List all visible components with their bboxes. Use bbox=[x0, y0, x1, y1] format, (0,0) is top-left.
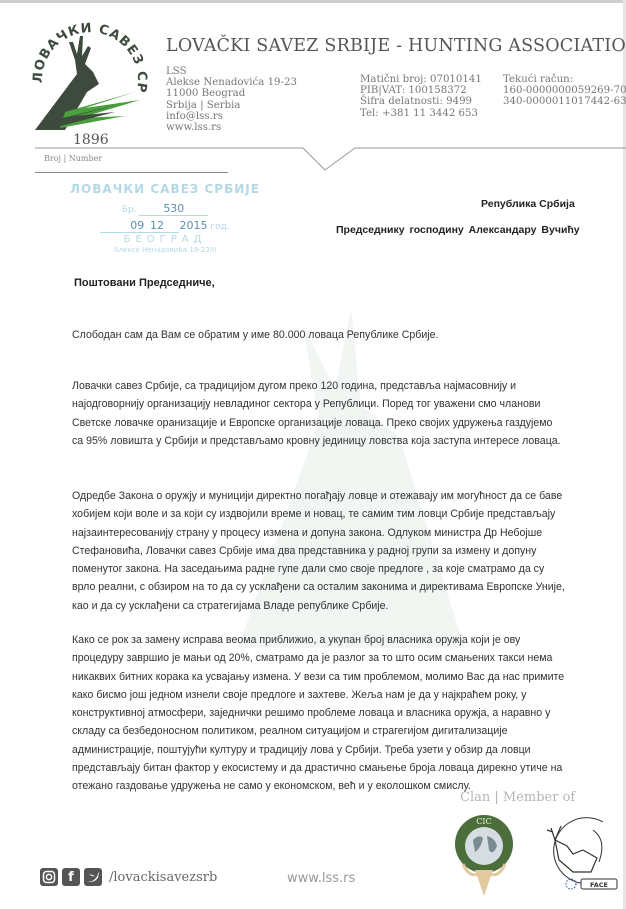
text-line: представљају битан фактор у екосистему и… bbox=[72, 759, 612, 777]
scan-top-edge bbox=[0, 0, 626, 3]
phone-number: Tel: +381 11 3442 653 bbox=[360, 108, 482, 119]
text-line: најзаинтересованију страну у процесу изм… bbox=[72, 524, 612, 542]
instagram-icon[interactable] bbox=[40, 868, 58, 886]
twitter-icon[interactable] bbox=[84, 868, 102, 886]
address-line: Srbija | Serbia bbox=[166, 100, 297, 111]
text-line: врло реални, с обзиром на то да су ускла… bbox=[72, 578, 612, 596]
face-label: FACE bbox=[590, 881, 608, 889]
stamp-year: 2015 bbox=[179, 219, 207, 232]
text-line: како бисмо још једном изнели своје предл… bbox=[72, 686, 612, 704]
cic-label: CIC bbox=[476, 817, 491, 826]
social-handle[interactable]: /lovackisavezsrb bbox=[109, 870, 217, 885]
bank-label: Tekući račun: bbox=[503, 74, 626, 85]
social-links: f /lovackisavezsrb bbox=[40, 868, 217, 886]
text-line: никаквих битних корака ка усвајању измен… bbox=[72, 668, 612, 686]
text-line: Слободан сам да Вам се обратим у име 80.… bbox=[72, 326, 612, 344]
address-block: LSS Alekse Nenadovića 19-23 11000 Beogra… bbox=[166, 66, 297, 133]
paragraph-request: Како се рок за замену исправа веома приб… bbox=[72, 631, 612, 796]
org-title: LOVAČKI SAVEZ SRBIJE - HUNTING ASSOCIATI… bbox=[166, 36, 626, 56]
facebook-icon[interactable]: f bbox=[62, 868, 80, 886]
salutation: Поштовани Председниче, bbox=[74, 277, 215, 289]
website-link[interactable]: www.lss.rs bbox=[166, 122, 297, 133]
address-line: LSS bbox=[166, 66, 297, 77]
registration-line: Matični broj: 07010141 bbox=[360, 74, 482, 85]
text-line: најодговорнију организацију невладиног с… bbox=[72, 395, 612, 413]
header-divider bbox=[35, 140, 626, 180]
footer-website-link[interactable]: www.lss.rs bbox=[287, 871, 355, 886]
stamp-day: 09 bbox=[130, 219, 144, 232]
paragraph-about: Ловачки савез Србије, са традицијом дуго… bbox=[72, 377, 612, 450]
stamp-number-prefix: Бр. bbox=[122, 205, 137, 215]
text-line: хобијем који воле и за који су издвојили… bbox=[72, 505, 612, 523]
registry-stamp: ЛОВАЧКИ САВЕЗ СРБИЈЕ Бр. 530 09 12 2015 … bbox=[60, 182, 270, 254]
text-line: конструктивној атмосфери, заједнички реш… bbox=[72, 704, 612, 722]
bank-account: 340-0000011017442-63 bbox=[503, 96, 626, 107]
lss-logo: ЛОВАЧКИ САВЕЗ СРБИЈЕ 1896 bbox=[25, 12, 155, 147]
address-line: 11000 Beograd bbox=[166, 88, 297, 99]
face-emblem-icon: FACE bbox=[533, 810, 621, 895]
text-line: Стефановића, Ловачки савез Србије има дв… bbox=[72, 542, 612, 560]
text-line: Светске ловачке оранизације и Европске о… bbox=[72, 414, 612, 432]
text-line: Ловачки савез Србије, са традицијом дуго… bbox=[72, 377, 612, 395]
registration-block: Matični broj: 07010141 PIB|VAT: 10015837… bbox=[360, 74, 482, 119]
text-line: Како се рок за замену исправа веома приб… bbox=[72, 631, 612, 649]
bank-account: 160-0000000059269-70 bbox=[503, 85, 626, 96]
cic-emblem-icon: CIC bbox=[453, 808, 515, 900]
number-label: Broj | Number bbox=[44, 154, 102, 163]
bank-block: Tekući račun: 160-0000000059269-70 340-0… bbox=[503, 74, 626, 108]
stamp-date-row: 09 12 2015 год. bbox=[60, 219, 270, 232]
recipient-name: Председнику господину Александару Вучићу bbox=[336, 224, 580, 236]
watermark-deer-icon bbox=[170, 260, 500, 680]
member-of-label: Član | Member of bbox=[460, 790, 575, 805]
registration-line: PIB|VAT: 100158372 bbox=[360, 85, 482, 96]
text-line: са 95% ловишта у Србији и представљамо к… bbox=[72, 432, 612, 450]
number-underline bbox=[35, 172, 228, 173]
stamp-year-suffix: год. bbox=[210, 222, 229, 232]
text-line: поменутог закона. На заседањима радне гу… bbox=[72, 560, 612, 578]
stamp-month: 12 bbox=[150, 219, 164, 232]
address-line: Alekse Nenadovića 19-23 bbox=[166, 77, 297, 88]
paragraph-law: Одредбе Закона о оружју и муницији дирек… bbox=[72, 487, 612, 615]
stamp-title: ЛОВАЧКИ САВЕЗ СРБИЈЕ bbox=[60, 182, 270, 196]
email-link[interactable]: info@lss.rs bbox=[166, 111, 297, 122]
text-line: процедуру завршио је мањи од 20%, сматра… bbox=[72, 649, 612, 667]
text-line: складу са безбедоносном политиком, реалн… bbox=[72, 722, 612, 740]
paragraph-intro: Слободан сам да Вам се обратим у име 80.… bbox=[72, 326, 612, 344]
text-line: као и да су усклађени са стратегијама Вл… bbox=[72, 597, 612, 615]
recipient-country: Република Србија bbox=[481, 198, 575, 210]
stamp-number: 530 bbox=[163, 202, 184, 215]
text-line: администрације, поштујући културу и трад… bbox=[72, 741, 612, 759]
stamp-address: Алексе Ненадовића 19-23/II bbox=[60, 246, 270, 254]
text-line: Одредбе Закона о оружју и муницији дирек… bbox=[72, 487, 612, 505]
stamp-city: БЕОГРАД bbox=[60, 234, 270, 245]
registration-line: Šifra delatnosti: 9499 bbox=[360, 96, 482, 107]
stamp-number-row: Бр. 530 bbox=[60, 202, 270, 215]
